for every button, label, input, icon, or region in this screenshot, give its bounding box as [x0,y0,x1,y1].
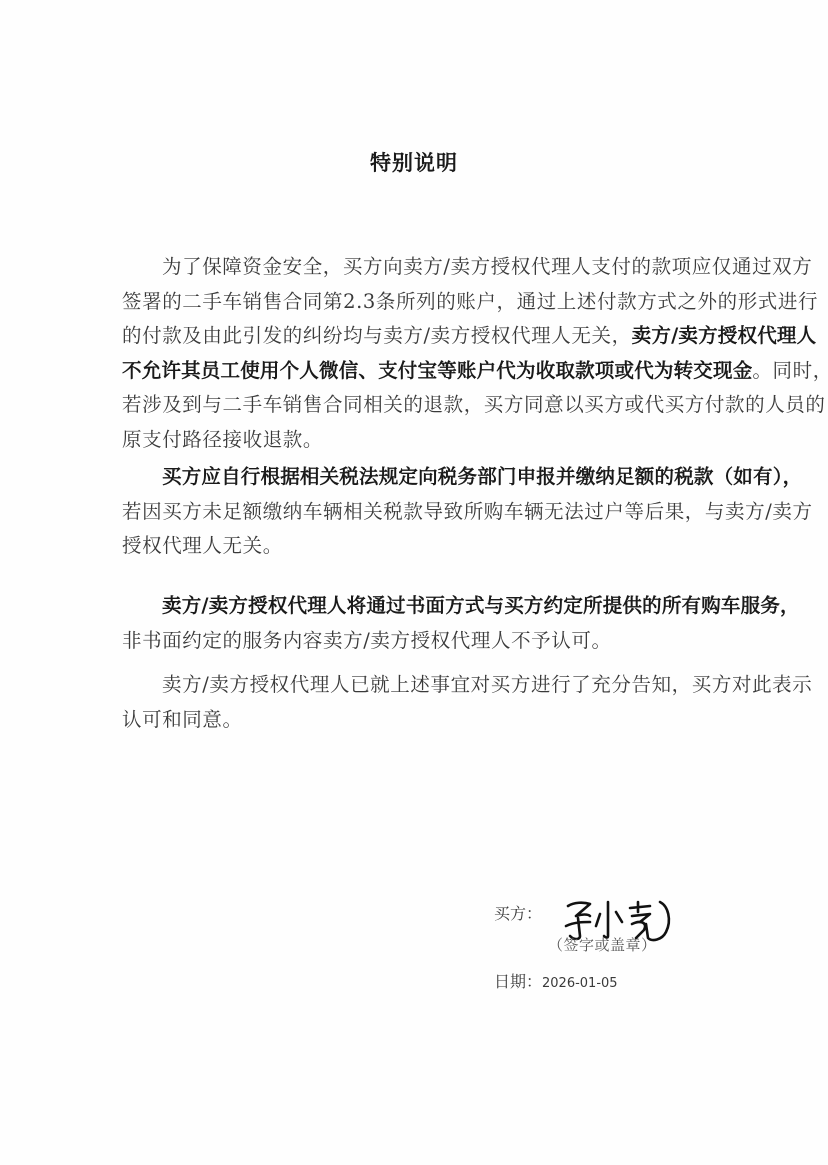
body-text: 签署的二手车销售合同第2.3条所列的账户，通过上述付款方式之外的形式进行 [122,290,818,313]
paragraph-1-line: 若涉及到与二手车销售合同相关的退款，买方同意以买方或代买方付款的人员的 [122,393,712,417]
paragraph-1-line: 的付款及由此引发的纠纷均与卖方/卖方授权代理人无关，卖方/卖方授权代理人 [122,324,712,348]
paragraph-1-line: 不允许其员工使用个人微信、支付宝等账户代为收取款项或代为转交现金。同时， [122,359,712,383]
body-text: 。同时， [752,359,828,382]
buyer-label: 买方： [494,901,542,924]
body-text: 若因买方未足额缴纳车辆相关税款导致所购车辆无法过户等后果，与卖方/卖方 [122,500,813,523]
paragraph-2-line: 买方应自行根据相关税法规定向税务部门申报并缴纳足额的税款（如有）， [162,465,752,489]
paragraph-4-line: 认可和同意。 [122,708,712,732]
bold-text: 不允许其员工使用个人微信、支付宝等账户代为收取款项或代为转交现金 [122,359,752,382]
paragraph-3-line: 卖方/卖方授权代理人将通过书面方式与买方约定所提供的所有购车服务， [162,594,752,618]
paragraph-1-line: 原支付路径接收退款。 [122,428,712,452]
paragraph-1-line: 签署的二手车销售合同第2.3条所列的账户，通过上述付款方式之外的形式进行 [122,290,712,314]
date-value: 2026-01-05 [542,976,618,991]
body-text: 原支付路径接收退款。 [122,428,323,451]
date-label: 日期： [494,972,542,991]
paragraph-2-line: 若因买方未足额缴纳车辆相关税款导致所购车辆无法过户等后果，与卖方/卖方 [122,500,712,524]
bold-text: 卖方/卖方授权代理人 [632,324,817,347]
bold-text: 买方应自行根据相关税法规定向税务部门申报并缴纳足额的税款（如有）， [162,465,802,488]
paragraph-4-line: 卖方/卖方授权代理人已就上述事宜对买方进行了充分告知，买方对此表示 [162,673,752,697]
paragraph-3-line: 非书面约定的服务内容卖方/卖方授权代理人不予认可。 [122,629,712,653]
body-text: 卖方/卖方授权代理人已就上述事宜对买方进行了充分告知，买方对此表示 [162,673,812,696]
paragraph-2-line: 授权代理人无关。 [122,534,712,558]
body-text: 若涉及到与二手车销售合同相关的退款，买方同意以买方或代买方付款的人员的 [122,393,826,416]
bold-text: 卖方/卖方授权代理人将通过书面方式与买方约定所提供的所有购车服务， [162,594,800,617]
body-text: 非书面约定的服务内容卖方/卖方授权代理人不予认可。 [122,629,612,652]
body-text: 为了保障资金安全，买方向卖方/卖方授权代理人支付的款项应仅通过双方 [162,255,812,278]
body-text: 授权代理人无关。 [122,534,283,557]
document-page: 特别说明 为了保障资金安全，买方向卖方/卖方授权代理人支付的款项应仅通过双方签署… [0,0,828,1165]
body-text: 认可和同意。 [122,708,243,731]
document-title: 特别说明 [0,147,828,177]
signature-hint: （签字或盖章） [548,934,657,955]
paragraph-1-line: 为了保障资金安全，买方向卖方/卖方授权代理人支付的款项应仅通过双方 [162,255,752,279]
date-line: 日期：2026-01-05 [494,969,618,992]
body-text: 的付款及由此引发的纠纷均与卖方/卖方授权代理人无关， [122,324,632,347]
